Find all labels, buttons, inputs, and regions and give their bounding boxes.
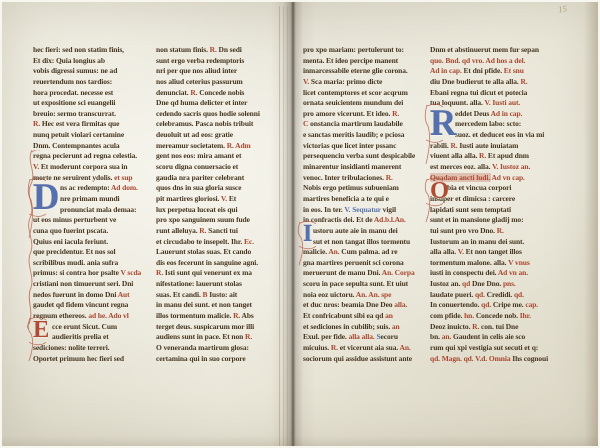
text-line: celebramus. Pasca nobis tribuit	[156, 119, 275, 130]
rubric-text: R.	[199, 226, 208, 235]
body-text: victorias que licet inter pssanc	[303, 141, 396, 150]
body-text: quos dns in sua gloria susce	[156, 183, 241, 192]
body-text: gna martires peruenit sci corona	[303, 258, 404, 267]
text-line: viuent alla alla. R. Et apud dnm	[430, 151, 548, 162]
body-text: sunt et in mansione gladij mo:	[430, 215, 523, 224]
body-text: Quius eni iacula feriunt.	[33, 237, 108, 246]
body-text: ecoru	[381, 332, 398, 341]
body-text: menta. Et ideo percipe manent	[303, 56, 398, 65]
body-text: com pfide.	[430, 311, 464, 320]
body-text: et sediciones in cubilib; suis.	[303, 322, 392, 331]
text-line: nedos fuerunt in domo Dni Aut	[33, 290, 151, 301]
rubric-text: alla alla.	[349, 332, 377, 341]
body-text: nifestatione: lauerunt stolas	[156, 279, 242, 288]
body-text: scoru in pace sepulta sunt. Et uiut	[303, 279, 408, 288]
text-line: cuna quo fuerint pscata.	[33, 226, 151, 237]
rubric-text: R.	[33, 119, 42, 128]
body-text: inmarcessabile eterne glie corona.	[303, 66, 408, 75]
text-line: est merces eoz. alla. V. Iustoz an.	[430, 162, 548, 173]
body-text: non statum finis.	[156, 45, 210, 54]
body-text: hec fieri: sed non statim finis,	[33, 45, 124, 54]
body-text: licet contemptores et scor acqrum	[303, 88, 408, 97]
illuminated-initial-I: I	[303, 224, 312, 245]
rubric-text: R.	[210, 45, 219, 54]
body-text: illos tormentum malicie.	[156, 311, 233, 320]
body-text: runt alleluya.	[156, 226, 199, 235]
initial-penwork-icon	[26, 316, 60, 347]
text-line: Iustorum an in manu dei sunt.	[430, 237, 548, 248]
text-line: e sanctas meritis laudib; e pciosa	[303, 130, 424, 141]
text-line: nunq petuit violari certamine	[33, 130, 151, 141]
body-text: est merces eoz. alla.	[430, 162, 492, 171]
text-line: breuio: sermo transcurrat.	[33, 109, 151, 120]
rubric-text: Ad in cap.	[491, 109, 523, 118]
body-text: Deoz inuicto.	[430, 322, 472, 331]
body-text: breuio: sermo transcurrat.	[33, 109, 116, 118]
body-text: Abs	[242, 311, 254, 320]
body-text: In conuertendo.	[430, 300, 481, 309]
rubric-text: an.	[442, 332, 453, 341]
text-line: diu Dne budierut te alla alla. R.	[430, 77, 548, 88]
rubric-text: R.	[156, 268, 165, 277]
text-line: pro amore vicerunt. Et ideo. R.	[303, 109, 424, 120]
text-line: in manu dei sunt. et non tanget	[156, 300, 275, 311]
text-line: pro xpo mariam: pertulerunt to:	[303, 45, 424, 56]
body-text: ns ac redempto:	[60, 183, 111, 192]
rubric-text: R.	[472, 322, 481, 331]
text-line: suas. Et candi. B Iusto: ait	[156, 290, 275, 301]
text-column-left-1: hec fieri: sed non statim finis,Et dix: …	[33, 45, 151, 364]
text-line: Exul. per fide. alla alla. Secoru	[303, 332, 424, 343]
initial-penwork-icon	[423, 103, 457, 145]
text-line: et duc nros: beamia Dne Deo alla.	[303, 300, 424, 311]
body-text: cce erunt Sicut. Cum	[52, 322, 117, 331]
body-text: meruerunt de manu Dni.	[303, 268, 382, 277]
rubric-text: qd.	[475, 290, 487, 299]
body-text: ornata seuicientem mundum dei	[303, 98, 403, 107]
text-line: et sediciones in cubilib; suis. an	[303, 322, 424, 333]
folio-number: 15	[557, 3, 567, 14]
rubric-text: An. Corpa	[382, 268, 415, 277]
rubric-text: et sup	[114, 173, 132, 182]
text-line: victorias que licet inter pssanc	[303, 141, 424, 152]
text-line: Et dix: Quia longius ab	[33, 56, 151, 67]
text-line: noia eoz uictoru. An. An. spe	[303, 290, 424, 301]
text-line: Lauerunt stolas suas. Et cando	[156, 247, 275, 258]
body-text: e sanctas meritis laudib; e pciosa	[303, 130, 404, 139]
rubric-text: An.	[400, 343, 411, 352]
body-text: Gaudent in celis aie sco	[453, 332, 525, 341]
text-line: O veneranda martirum glosa:	[156, 343, 275, 354]
rubric-text: R.	[331, 343, 340, 352]
body-text: pit martires gloriosi.	[156, 194, 221, 203]
body-text: Dne Dno.	[472, 279, 503, 288]
text-line: qd. Magn. qd. V.d. Omnia Ihs cognouit	[430, 354, 548, 365]
text-line: gent nos eos: mira amant et	[156, 151, 275, 162]
rubric-text: Ad in cap.	[430, 66, 464, 75]
body-text: et duc nros: beamia Dne Deo	[303, 300, 394, 309]
rubric-text: Ihr.	[520, 311, 531, 320]
rubric-text: hn.	[464, 311, 476, 320]
rubric-text: An. An. spe	[356, 290, 392, 299]
body-text: Dne qd huma delicter et inter	[156, 98, 247, 107]
text-line: mereamur societatem. R. Adm	[156, 141, 275, 152]
text-line: in eos. In ter. V. Sequatur vigil	[303, 205, 424, 216]
text-line: scoru digna conuersacio et	[156, 162, 275, 173]
body-text: Ihs cognouit	[512, 354, 548, 363]
text-line: Quius eni iacula feriunt.	[33, 237, 151, 248]
body-text: Et moderunt corpora sua in	[41, 162, 128, 171]
body-text: laudate pueri.	[430, 290, 475, 299]
text-line: R. Isti sunt qui venerunt ex ma	[156, 268, 275, 279]
text-line: minarentur insidianti manerent	[303, 162, 424, 173]
text-line: rum qui xpi vestigia sut secuti et q:	[430, 343, 548, 354]
rubric-text: R.	[386, 173, 393, 182]
initial-penwork-icon	[423, 177, 457, 208]
body-text: in eos. In ter.	[303, 205, 344, 214]
text-line: sunt ergo verba redemptoris	[156, 56, 275, 67]
body-text: sunt ergo verba redemptoris	[156, 56, 244, 65]
rubric-text: qd	[462, 279, 472, 288]
text-line: alla alla. V. Et non tanget illos	[430, 247, 548, 258]
body-text: Dnm. Contempnantes acula	[33, 141, 120, 150]
text-line: R. Hec est vera firmitas que	[33, 119, 151, 130]
body-text: in manu dei sunt. et non tanget	[156, 300, 252, 309]
text-line: cristiani non timuerunt seri. Dni	[33, 279, 151, 290]
text-line: tormentum malone. alla. V vnus	[430, 258, 548, 269]
manuscript-photo: 15 hec fieri: sed non statim finis,Et di…	[0, 0, 600, 448]
text-line: quos dns in sua gloria susce	[156, 183, 275, 194]
text-line: V. Et moderunt corpora sua in	[33, 162, 151, 173]
text-line: Dne qd huma delicter et inter	[156, 98, 275, 109]
text-line: pit martires gloriosi. V. Et	[156, 194, 275, 205]
rubric-text: V vnus	[508, 258, 530, 267]
body-text: micuius.	[303, 343, 331, 352]
body-text: martires beneficia a te qui e	[303, 194, 389, 203]
text-line: meruerunt de manu Dni. An. Corpa	[303, 268, 424, 279]
body-text: nre primam mundi	[60, 194, 120, 203]
text-line: audiens sunt in pace. Et non R.	[156, 332, 275, 343]
body-text: nri per que nos aliud inter	[156, 66, 237, 75]
body-text: Et non tanget illos	[466, 247, 522, 256]
text-line: hora procedat. necesse est	[33, 88, 151, 99]
page-edge-line	[287, 6, 288, 446]
body-text: O veneranda martirum glosa:	[156, 343, 249, 352]
body-text: pro xpo mariam: pertulerunt to:	[303, 45, 404, 54]
text-line: Iustoz an. qd Dne Dno. pns.	[430, 279, 548, 290]
body-text: Cum palma. ad re	[341, 247, 397, 256]
body-text: audieritis prelia et	[52, 332, 109, 341]
body-text: scribilibus mudi. ania sufra	[33, 258, 118, 267]
illuminated-initial-D: D	[33, 181, 59, 212]
body-text: et vicerunt aia sua.	[340, 343, 400, 352]
body-text: Lauerunt stolas suas. Et cando	[156, 247, 251, 256]
rubric-text: V.	[303, 77, 311, 86]
body-text: Et dix: Quia longius ab	[33, 56, 105, 65]
rubric-text: an	[392, 322, 400, 331]
body-text: regna pecierunt ad regna celestia.	[33, 151, 137, 160]
text-line: tui sunt pro vro Dno. R.	[430, 226, 548, 237]
text-line: regna pecierunt ad regna celestia.	[33, 151, 151, 162]
body-text: suas. Et candi.	[156, 290, 203, 299]
body-text: Et apud dnm	[488, 151, 529, 160]
text-line: certamina qui in suo corpore	[156, 354, 275, 365]
initial-penwork-icon	[296, 220, 330, 251]
page-edge-line	[283, 6, 284, 446]
body-text: Exul. per fide.	[303, 332, 349, 341]
text-line: reuertendum nos tardios:	[33, 77, 151, 88]
rubric-text: V scda	[120, 268, 141, 277]
body-text: Et dni pfide.	[464, 66, 504, 75]
body-text: hora procedat. necesse est	[33, 88, 113, 97]
body-text: diu Dne budierut te alla alla.	[430, 77, 520, 86]
rubric-text: Aut	[118, 290, 130, 299]
body-text: audiens sunt in pace. Et non	[156, 332, 245, 341]
blue-text: V. Sequatur	[344, 205, 382, 214]
body-text: Et	[229, 194, 236, 203]
body-text: Sancti tui	[208, 226, 238, 235]
body-text: iusti in conspectu dei.	[430, 268, 498, 277]
body-text: Concede nobis	[199, 88, 244, 97]
body-text: bn.	[430, 332, 442, 341]
text-line: dis eos fecerunt in sanguine agni.	[156, 258, 275, 269]
text-line: com pfide. hn. Concede nob. Ihr.	[430, 311, 548, 322]
text-line: Dnm. Contempnantes acula	[33, 141, 151, 152]
body-text: onstancia martirum laudabile	[310, 119, 403, 128]
rubric-text: R.	[233, 311, 241, 320]
text-line: ornata seuicientem mundum dei	[303, 98, 424, 109]
body-text: Iusto: ait	[209, 290, 237, 299]
body-text: ut expositione sci euangelii	[33, 98, 115, 107]
rubric-text: Ad dom.	[111, 183, 138, 192]
illuminated-initial-E: E	[33, 320, 49, 341]
body-text: tormentum malone. alla.	[430, 258, 508, 267]
body-text: Cripe me.	[493, 300, 526, 309]
body-text: Nobis ergo petimus subueniam	[303, 183, 399, 192]
text-line: micuius. R. et vicerunt aia sua. An.	[303, 343, 424, 354]
rubric-text: V. Iusti aut.	[484, 98, 520, 107]
body-text: gaudia nra pariter celebrant	[156, 173, 244, 182]
body-text: Credidi.	[487, 290, 514, 299]
rubric-text: An.	[328, 247, 341, 256]
text-line: venoc. Inter tribulaciones. R.	[303, 173, 424, 184]
rubric-text: V. Iustoz an.	[492, 162, 530, 171]
text-line: primus: si contra hor psalte V scda	[33, 268, 151, 279]
text-line: ut expositione sci euangelii	[33, 98, 151, 109]
body-text: alla alla.	[430, 247, 458, 256]
body-text: minarentur insidianti manerent	[303, 162, 401, 171]
text-line: sociorum qui assidue assistunt ante	[303, 354, 424, 365]
rubric-text: Ad vn an.	[498, 268, 528, 277]
text-line: gna martires peruenit sci corona	[303, 258, 424, 269]
body-text: primus: si contra hor psalte	[33, 268, 120, 277]
rubric-text: pns.	[503, 279, 516, 288]
text-line: Oportet primum hec fieri sed	[33, 354, 151, 365]
text-line: persequenciu verba sunt despicabile	[303, 151, 424, 162]
text-line: denunciat. R. Concede nobis	[156, 88, 275, 99]
text-line: martires beneficia a te qui e	[303, 194, 424, 205]
rubric-text: R.	[245, 332, 252, 341]
body-text: certamina qui in suo corpore	[156, 354, 246, 363]
text-line: iusti in conspectu dei. Ad vn an.	[430, 268, 548, 279]
body-text: denunciat.	[156, 88, 190, 97]
rubric-text: Ad.b.l.An.	[374, 215, 406, 224]
rubric-text: alla.	[394, 300, 407, 309]
text-line: vobis digressi sumus: ne ad	[33, 66, 151, 77]
text-line: quo. Bnd. qd vro. Ad hos a del.	[430, 56, 548, 67]
text-line: C onstancia martirum laudabile	[303, 119, 424, 130]
body-text: celebramus. Pasca nobis tribuit	[156, 119, 253, 128]
text-line: sunt et in mansione gladij mo:	[430, 215, 548, 226]
body-text: Isti sunt qui venerunt ex ma	[165, 268, 252, 277]
body-text: Hec est vera firmitas que	[42, 119, 119, 128]
body-text: nos aliud ceterius passurum	[156, 77, 243, 86]
text-line: hec fieri: sed non statim finis,	[33, 45, 151, 56]
body-text: nedos fuerunt in domo Dni	[33, 290, 118, 299]
body-text: mereamur societatem.	[156, 141, 227, 150]
rubric-text: an	[385, 311, 393, 320]
rubric-text: R.	[520, 77, 527, 86]
body-text: pronunciat mala demaa:	[60, 205, 136, 214]
illuminated-initial-R: R	[430, 107, 456, 138]
text-line: terget deus. suspicarum mor illi	[156, 322, 275, 333]
text-line: scoru in pace sepulta sunt. Et uiut	[303, 279, 424, 290]
body-text: Iustoz an.	[430, 279, 462, 288]
text-line: Dnm et abstinuerut mem fur sepan	[430, 45, 548, 56]
text-line: inmarcessabile eterne glie corona.	[303, 66, 424, 77]
page-edge-line	[279, 6, 280, 446]
body-text: viuent alla alla.	[430, 151, 479, 160]
rubric-text: Ad vn cap.	[491, 173, 524, 182]
rubric-text: R.	[392, 109, 399, 118]
body-text: venoc. Inter tribulaciones.	[303, 173, 386, 182]
body-text: vigil	[383, 205, 396, 214]
body-text: pro amore vicerunt. Et ideo.	[303, 109, 392, 118]
text-line: nifestatione: lauerunt stolas	[156, 279, 275, 290]
rubric-text: R.	[190, 88, 199, 97]
text-line: laudate pueri. qd. Credidi. qd.	[430, 290, 548, 301]
rubric-text: V.	[458, 247, 466, 256]
body-text: tui sunt pro vro Dno.	[430, 226, 497, 235]
page-edge-shadow	[584, 2, 598, 446]
rubric-text: R.	[497, 226, 504, 235]
body-text: Dn sedi	[219, 45, 242, 54]
body-text: gaudet qd fidem vincunt regna	[33, 300, 128, 309]
text-line: deuoluit ut ad eos: gratie	[156, 130, 275, 141]
body-text: cristiani non timuerunt seri. Dni	[33, 279, 133, 288]
text-line: lux perpetua luceat eis qui	[156, 205, 275, 216]
body-text: et circudabo te insepelt. Ihr.	[156, 237, 244, 246]
body-text: Ebani regna tui dicut et potecia	[430, 88, 527, 97]
text-line: gaudia nra pariter celebrant	[156, 173, 275, 184]
body-text: pro xpo sanguinem suum fude	[156, 215, 250, 224]
text-line: In conuertendo. qd. Cripe me. cap.	[430, 300, 548, 311]
text-line: et circudabo te insepelt. Ihr. Ec.	[156, 237, 275, 248]
body-text: rum qui xpi vestigia sut secuti et q:	[430, 343, 538, 352]
text-line: Ebani regna tui dicut et potecia	[430, 88, 548, 99]
rubric-text: qd.	[514, 290, 524, 299]
text-column-right-1: pro xpo mariam: pertulerunt to:menta. Et…	[303, 45, 424, 364]
text-line: Et confricabunt sibi ea qd an	[303, 311, 424, 322]
text-line: runt alleluya. R. Sancti tui	[156, 226, 275, 237]
body-text: Dnm et abstinuerut mem fur sepan	[430, 45, 539, 54]
body-text: gent nos eos: mira amant et	[156, 151, 241, 160]
body-text: eddet Deus	[455, 109, 491, 118]
rubric-text: qd. Magn. qd. V.d. Omnia	[430, 354, 512, 363]
text-line: Ad in cap. Et dni pfide. Et snu	[430, 66, 548, 77]
body-text: vobis digressi sumus: ne ad	[33, 66, 117, 75]
text-line: pro xpo sanguinem suum fude	[156, 215, 275, 226]
body-text: scoru digna conuersacio et	[156, 162, 238, 171]
body-text: noia eoz uictoru.	[303, 290, 356, 299]
text-line: gaudet qd fidem vincunt regna	[33, 300, 151, 311]
body-text: cedendo sacris quos hodie solenni	[156, 109, 260, 118]
rubric-text: R.	[479, 151, 488, 160]
text-line: non statum finis. R. Dn sedi	[156, 45, 275, 56]
body-text: sociorum qui assidue assistunt ante	[303, 354, 412, 363]
body-text: lux perpetua luceat eis qui	[156, 205, 237, 214]
body-text: reuertendum nos tardios:	[33, 77, 112, 86]
text-line: nri per que nos aliud inter	[156, 66, 275, 77]
rubric-text: Ec.	[244, 237, 254, 246]
body-text: suoz. et deducet eos in via mi	[455, 130, 544, 139]
photo-bottom-shadow	[2, 436, 598, 446]
rubric-text: Et snu	[504, 66, 524, 75]
body-text: que precidentur. Et nos sol	[33, 247, 116, 256]
illuminated-initial-O: O	[430, 181, 449, 202]
body-text: Oportet primum hec fieri sed	[33, 354, 124, 363]
text-column-right-2: Dnm et abstinuerut mem fur sepanquo. Bnd…	[430, 45, 548, 364]
initial-penwork-icon	[26, 177, 60, 219]
text-line: licet contemptores et scor acqrum	[303, 88, 424, 99]
body-text: con. tui Dne	[481, 322, 518, 331]
rubric-text: quo. Bnd. qd vro. Ad hos a del.	[430, 56, 525, 65]
text-line: nos aliud ceterius passurum	[156, 77, 275, 88]
body-text: dis eos fecerunt in sanguine agni.	[156, 258, 258, 267]
body-text: persequenciu verba sunt despicabile	[303, 151, 415, 160]
body-text: nunq petuit violari certamine	[33, 130, 124, 139]
body-text: cuna quo fuerint pscata.	[33, 226, 108, 235]
text-line: Deoz inuicto. R. con. tui Dne	[430, 322, 548, 333]
body-text: Iustorum an in manu dei sunt.	[430, 237, 524, 246]
rubric-text: ad he. Ado vl	[88, 311, 128, 320]
text-line: scribilibus mudi. ania sufra	[33, 258, 151, 269]
rubric-text: cap.	[525, 300, 538, 309]
body-text: Iusti aute inuiatam	[459, 141, 518, 150]
text-line: Nobis ergo petimus subueniam	[303, 183, 424, 194]
body-text: terget deus. suspicarum mor illi	[156, 322, 254, 331]
text-line: menta. Et ideo percipe manent	[303, 56, 424, 67]
text-line: V. Sca maria: primo dicte	[303, 77, 424, 88]
text-line: cedendo sacris quos hodie solenni	[156, 109, 275, 120]
text-line: illos tormentum malicie. R. Abs	[156, 311, 275, 322]
body-text: deuoluit ut ad eos: gratie	[156, 130, 233, 139]
body-text: Concede nob.	[476, 311, 520, 320]
rubric-text: qd.	[481, 300, 493, 309]
text-column-left-2: non statum finis. R. Dn sedisunt ergo ve…	[156, 45, 275, 364]
body-text: Et confricabunt sibi ea qd	[303, 311, 385, 320]
body-text: Sca maria: primo dicte	[311, 77, 382, 86]
rubric-text: V.	[221, 194, 229, 203]
rubric-text: R. Adm	[227, 141, 251, 150]
body-text: mercedem labo: scto:	[455, 119, 521, 128]
text-line: que precidentur. Et nos sol	[33, 247, 151, 258]
text-line: bn. an. Gaudent in celis aie sco	[430, 332, 548, 343]
